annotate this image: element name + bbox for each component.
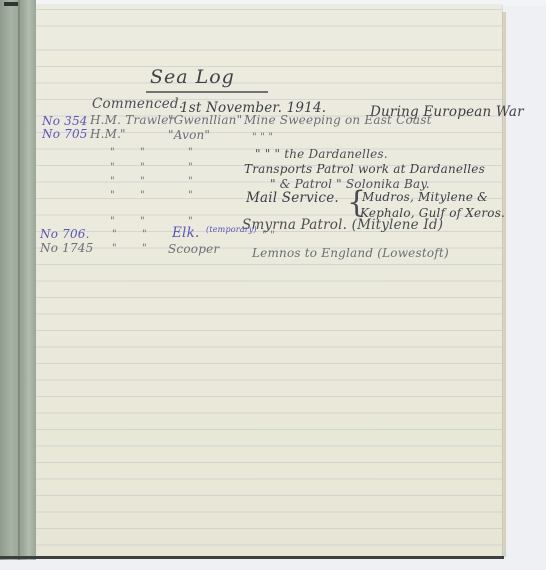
entry-ditto: "	[142, 229, 147, 240]
entry-ditto: "	[140, 162, 145, 173]
entry-class: "	[110, 216, 115, 227]
page-title: Sea Log	[150, 66, 235, 88]
entry-vessel: "	[188, 176, 193, 187]
spine-tab	[4, 2, 18, 6]
entry-number: No 354	[42, 114, 88, 128]
entry-class: "	[112, 229, 117, 240]
entry-vessel: "Avon"	[168, 128, 210, 142]
entry-duty: Mail Service.	[246, 190, 339, 206]
entry-ditto: "	[140, 216, 145, 227]
entry-number: No 1745	[40, 241, 93, 255]
entry-class: H.M.	[90, 127, 121, 141]
entry-duty: " " " the Dardanelles.	[255, 147, 388, 161]
entry-duty: Lemnos to England (Lowestoft)	[252, 246, 449, 260]
entry-number: No 705	[42, 127, 88, 141]
entry-ditto: "	[120, 127, 126, 141]
entry-duty: Transports Patrol work at Dardanelles	[244, 162, 485, 176]
entry-class: "	[110, 176, 115, 187]
entry-vessel: "	[188, 162, 193, 173]
entry-class: "	[110, 190, 115, 201]
entry-vessel: "Gwenllian"	[168, 113, 242, 127]
entry-vessel: "	[188, 190, 193, 201]
log-page	[36, 4, 502, 556]
entry-vessel-note: (temporary)	[206, 225, 257, 234]
entry-duty-detail: Mudros, Mitylene &	[362, 190, 488, 204]
entry-class: "	[110, 162, 115, 173]
entry-duty: " "	[262, 230, 275, 241]
entry-class: "	[112, 243, 117, 254]
entry-duty: " " "	[252, 132, 273, 143]
entry-ditto: "	[140, 190, 145, 201]
entry-class: "	[110, 147, 115, 158]
entry-class: H.M. Trawler	[90, 113, 174, 127]
commenced-text: Commenced.	[92, 96, 183, 112]
book-spine	[0, 0, 36, 560]
entry-ditto: "	[140, 176, 145, 187]
title-underline	[146, 91, 268, 93]
page-edge	[502, 12, 506, 557]
entry-number: No 706.	[40, 227, 90, 241]
entry-duty: Mine Sweeping on East Coast	[244, 113, 432, 127]
entry-vessel: "	[188, 147, 193, 158]
ruled-lines	[36, 4, 502, 556]
entry-ditto: "	[142, 243, 147, 254]
cover-edge	[0, 556, 504, 559]
spine-crease	[18, 0, 20, 560]
entry-vessel: Scooper	[168, 242, 219, 256]
entry-ditto: "	[140, 147, 145, 158]
entry-vessel: Elk.	[172, 225, 199, 241]
